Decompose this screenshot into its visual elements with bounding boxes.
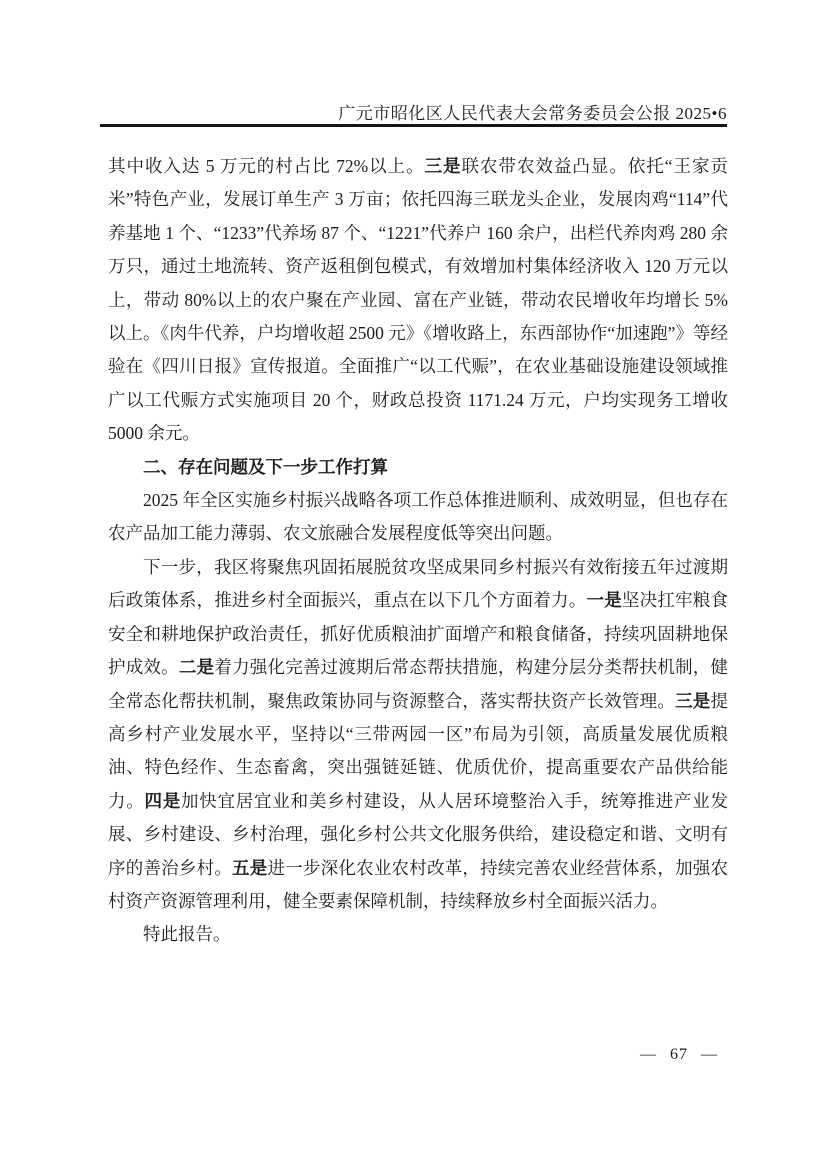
bulletin-header-title: 广元市昭化区人民代表大会常务委员会公报 2025•6 [338,104,727,123]
text-run: 联农带农效益凸显。依托“王家贡米”特色产业，发展订单生产 3 万亩；依托四海三联… [108,156,728,443]
document-body: 其中收入达 5 万元的村占比 72%以上。三是联农带农效益凸显。依托“王家贡米”… [108,150,728,952]
page-header: 广元市昭化区人民代表大会常务委员会公报 2025•6 [100,99,727,124]
text-run: 其中收入达 5 万元的村占比 72%以上。 [108,156,425,176]
emphasis-marker-5: 五是 [232,858,267,878]
document-page: 广元市昭化区人民代表大会常务委员会公报 2025•6 其中收入达 5 万元的村占… [0,0,827,1170]
header-divider [100,124,727,127]
emphasis-marker-2: 二是 [179,657,214,677]
emphasis-marker-3b: 三是 [675,691,710,711]
paragraph-problems: 2025 年全区实施乡村振兴战略各项工作总体推进顺利、成效明显，但也存在农产品加… [108,484,728,551]
emphasis-marker-3: 三是 [425,156,462,176]
paragraph-next-steps: 下一步，我区将聚焦巩固拓展脱贫攻坚成果同乡村振兴有效衔接五年过渡期后政策体系，推… [108,551,728,918]
emphasis-marker-4: 四是 [145,791,182,811]
page-number: — 67 — [640,1046,718,1064]
section-heading: 二、存在问题及下一步工作打算 [108,451,728,484]
emphasis-marker-1: 一是 [586,590,621,610]
paragraph-achievements: 其中收入达 5 万元的村占比 72%以上。三是联农带农效益凸显。依托“王家贡米”… [108,150,728,451]
paragraph-closing: 特此报告。 [108,918,728,951]
